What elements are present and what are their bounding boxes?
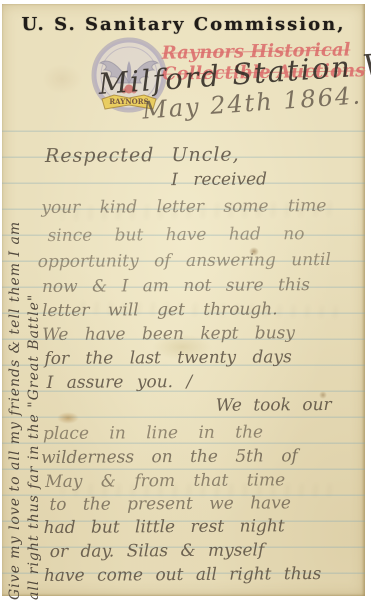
- letter-line: or day. Silas & myself: [50, 540, 265, 561]
- margin-note-line-1: Give my love to all my friends & tell th…: [6, 40, 25, 600]
- margin-note-line-2: all right thus far in the "Great Battle": [25, 40, 44, 600]
- letter-line: I assure you. /: [47, 372, 193, 393]
- letter-photo-page: { "letter": { "letterhead": "U. S. Sanit…: [0, 0, 371, 600]
- letter-line: now & I am not sure this: [42, 275, 310, 297]
- letter-line: for the last twenty days: [44, 347, 292, 369]
- letter-line: had but little rest night: [44, 516, 285, 538]
- margin-note: Give my love to all my friends & tell th…: [6, 40, 44, 600]
- letter-line: place in line in the: [43, 422, 263, 444]
- letter-line: have come out all right thus: [44, 564, 322, 586]
- letter-line: your kind letter some time: [41, 196, 326, 218]
- letter-line: We have been kept busy: [42, 323, 295, 345]
- letter-line: letter will get through.: [42, 299, 278, 321]
- letter-sheet: U. S. Sanitary Commission, RAYNORS Rayno…: [2, 4, 365, 596]
- letter-line: We took our: [216, 395, 332, 416]
- letter-line: since but have had no: [47, 224, 304, 246]
- letter-line: I received: [171, 169, 267, 190]
- letter-body: Respected Uncle, I received your kind le…: [0, 3, 367, 598]
- letter-line: opportunity of answering until: [38, 250, 331, 272]
- letter-line: wilderness on the 5th of: [41, 446, 298, 468]
- letter-line: May & from that time: [45, 470, 285, 492]
- salutation-line: Respected Uncle,: [45, 144, 240, 167]
- letter-line: to the present we have: [49, 493, 291, 515]
